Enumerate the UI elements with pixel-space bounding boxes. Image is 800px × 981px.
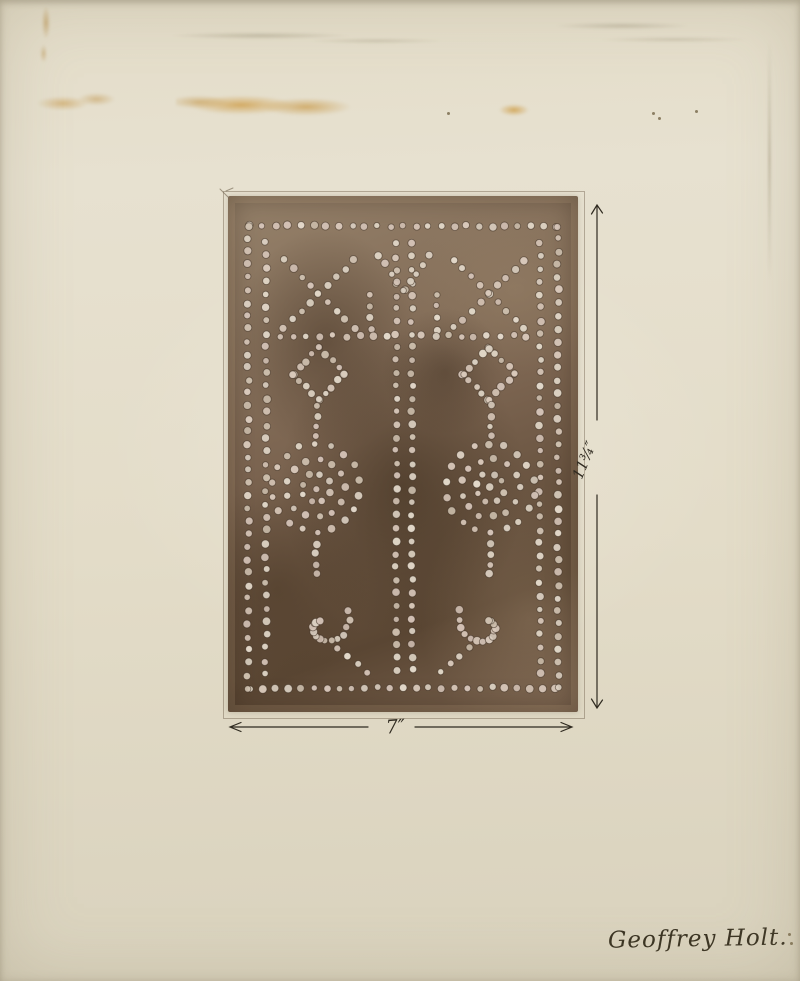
- artist-signature: Geoffrey Holt.: [608, 924, 798, 953]
- ink-speck: [652, 112, 655, 115]
- paper-stain: [176, 86, 362, 124]
- watercolor-scan: 11¾″ 7″ Geoffrey Holt.: [0, 0, 800, 981]
- ink-speck: [658, 117, 661, 120]
- width-dimension-label: 7″: [385, 715, 406, 738]
- pierced-tin-panel: [228, 196, 578, 712]
- ink-speck: [695, 110, 698, 113]
- paper-smudge: [150, 24, 440, 50]
- width-dimension-arrow-right: [561, 723, 572, 732]
- paper-stain: [36, 88, 120, 116]
- width-dimension-arrow-left: [230, 723, 241, 732]
- paper-crease: [768, 40, 771, 280]
- paper-stain: [34, 4, 58, 66]
- punched-dot-pattern: [228, 196, 578, 712]
- ink-speck: [447, 112, 450, 115]
- paper-stain: [492, 100, 536, 120]
- height-dimension-arrow-bottom: [592, 699, 603, 708]
- paper-smudge: [538, 14, 748, 48]
- height-dimension-arrow-top: [592, 205, 603, 214]
